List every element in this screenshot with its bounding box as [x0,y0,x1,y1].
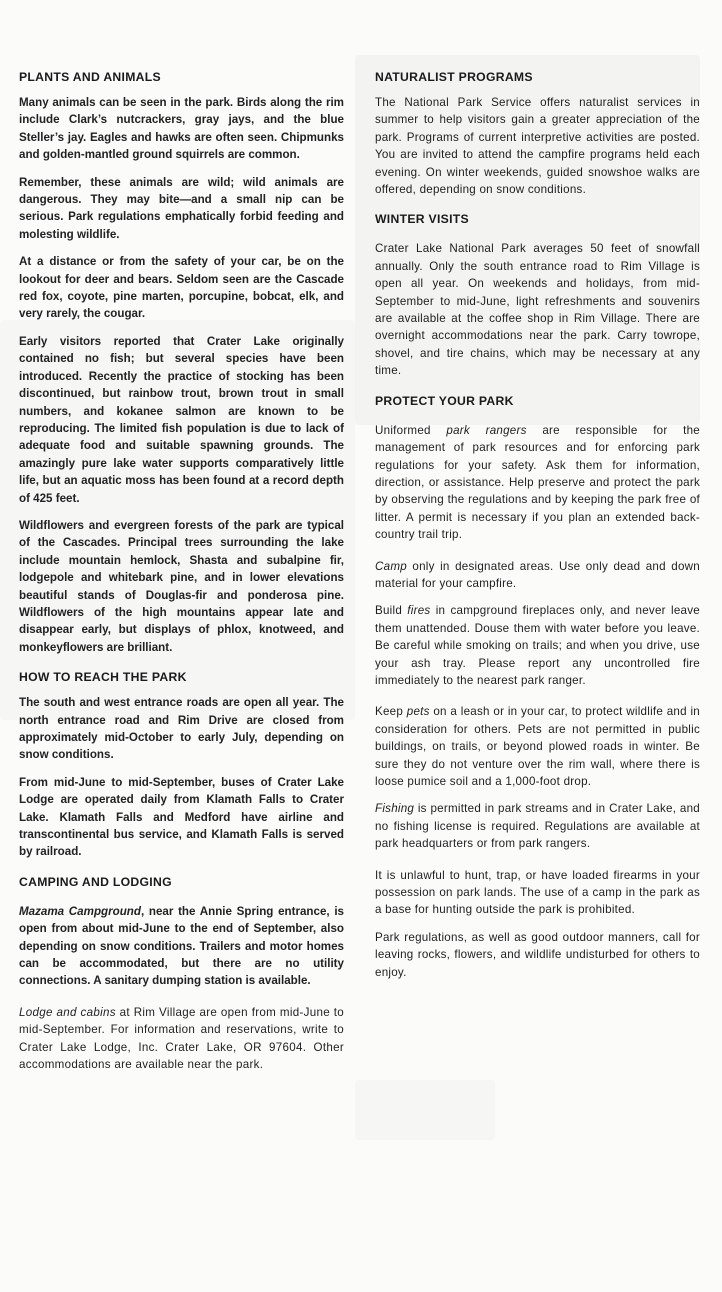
section-heading: NATURALIST PROGRAMS [375,70,700,84]
paragraph-camp: Camp only in designated areas. Use only … [375,558,700,593]
paragraph: From mid-June to mid-September, buses of… [19,774,344,861]
paragraph: Wildflowers and evergreen forests of the… [19,517,344,656]
paragraph-rangers: Uniformed park rangers are responsible f… [375,422,700,544]
emphasis: Fishing [375,802,414,815]
emphasis: park rangers [446,424,526,437]
paragraph: At a distance or from the safety of your… [19,253,344,323]
section-camping-and-lodging: CAMPING AND LODGING Mazama Campground, n… [19,875,344,1074]
section-heading: PLANTS AND ANIMALS [19,70,344,84]
paragraph: Early visitors reported that Crater Lake… [19,333,344,507]
right-column: NATURALIST PROGRAMS The National Park Se… [375,70,700,995]
section-heading: CAMPING AND LODGING [19,875,344,889]
section-heading: WINTER VISITS [375,212,700,226]
section-naturalist-programs: NATURALIST PROGRAMS The National Park Se… [375,70,700,198]
section-heading: HOW TO REACH THE PARK [19,670,344,684]
emphasis: Mazama Campground [19,905,141,918]
text: Build [375,604,407,617]
paragraph: Remember, these animals are wild; wild a… [19,174,344,244]
paragraph-manners: Park regulations, as well as good outdoo… [375,929,700,981]
left-column: PLANTS AND ANIMALS Many animals can be s… [19,70,344,1088]
paragraph-lodge: Lodge and cabins at Rim Village are open… [19,1004,344,1074]
text: only in designated areas. Use only dead … [375,560,700,590]
section-winter-visits: WINTER VISITS Crater Lake National Park … [375,212,700,379]
text: Uniformed [375,424,446,437]
emphasis: Lodge and cabins [19,1006,116,1019]
emphasis: fires [407,604,430,617]
bleed-through-shade [355,1080,495,1140]
section-plants-and-animals: PLANTS AND ANIMALS Many animals can be s… [19,70,344,656]
section-protect-your-park: PROTECT YOUR PARK Uniformed park rangers… [375,394,700,981]
text: Keep [375,705,407,718]
paragraph: The National Park Service offers natural… [375,94,700,198]
text: are responsible for the management of pa… [375,424,700,541]
section-heading: PROTECT YOUR PARK [375,394,700,408]
emphasis: Camp [375,560,407,573]
paragraph: Crater Lake National Park averages 50 fe… [375,240,700,379]
section-how-to-reach: HOW TO REACH THE PARK The south and west… [19,670,344,861]
text: is permitted in park streams and in Crat… [375,802,700,850]
paragraph-hunting: It is unlawful to hunt, trap, or have lo… [375,867,700,919]
paragraph-pets: Keep pets on a leash or in your car, to … [375,703,700,790]
paragraph-fires: Build fires in campground fireplaces onl… [375,602,700,689]
paragraph-campground: Mazama Campground, near the Annie Spring… [19,903,344,990]
paragraph-fishing: Fishing is permitted in park streams and… [375,800,700,852]
paragraph: Many animals can be seen in the park. Bi… [19,94,344,164]
paragraph: The south and west entrance roads are op… [19,694,344,764]
emphasis: pets [407,705,430,718]
